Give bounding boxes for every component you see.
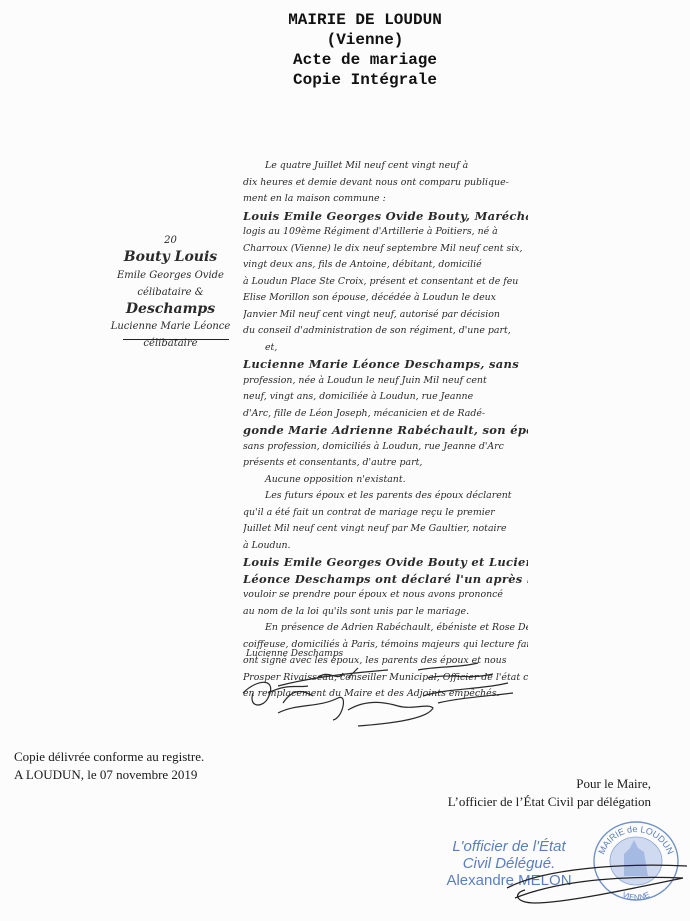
record-line: d'Arc, fille de Léon Joseph, mécanicien … [243,406,528,423]
signature-flourish [505,848,690,908]
record-line: Le quatre Juillet Mil neuf cent vingt ne… [243,158,528,175]
document-header: MAIRIE DE LOUDUN (Vienne) Acte de mariag… [0,10,690,90]
record-line: gonde Marie Adrienne Rabéchault, son épo… [243,422,528,439]
record-line: à Loudun. [243,538,528,555]
record-line: Louis Emile Georges Ovide Bouty et Lucie… [243,554,528,571]
act-type: Acte de mariage [40,50,690,70]
groom-surname: Bouty Louis [108,249,233,267]
record-line: vingt deux ans, fils de Antoine, débitan… [243,257,528,274]
record-line: sans profession, domiciliés à Loudun, ru… [243,439,528,456]
mairie-title: MAIRIE DE LOUDUN [40,10,690,30]
bride-status: célibataire [108,335,233,352]
record-line: Lucienne Marie Léonce Deschamps, sans [243,356,528,373]
record-line: logis au 109ème Régiment d'Artillerie à … [243,224,528,241]
record-line: vouloir se prendre pour époux et nous av… [243,587,528,604]
act-number: 20 [108,232,233,249]
record-line: du conseil d'administration de son régim… [243,323,528,340]
pour-le-maire: Pour le Maire, [448,775,651,793]
record-line: En présence de Adrien Rabéchault, ébénis… [243,620,528,637]
record-line: présents et consentants, d'autre part, [243,455,528,472]
record-line: Charroux (Vienne) le dix neuf septembre … [243,241,528,258]
record-line: Léonce Deschamps ont déclaré l'un après … [243,571,528,588]
department: (Vienne) [40,30,690,50]
record-line: dix heures et demie devant nous ont comp… [243,175,528,192]
record-line: profession, née à Loudun le neuf Juin Mi… [243,373,528,390]
record-line: Elise Morillon son épouse, décédée à Lou… [243,290,528,307]
officier-title: L’officier de l’État Civil par délégatio… [448,793,651,811]
margin-divider [123,339,229,340]
copy-statement: Copie délivrée conforme au registre. [14,748,204,766]
record-line: à Loudun Place Ste Croix, présent et con… [243,274,528,291]
record-line: Juillet Mil neuf cent vingt neuf par Me … [243,521,528,538]
bride-surname: Deschamps [108,301,233,318]
marriage-record-text: Le quatre Juillet Mil neuf cent vingt ne… [243,158,528,703]
record-line: et, [243,340,528,357]
record-line: ment en la maison commune : [243,191,528,208]
signatures-block: Lucienne Deschamps [238,648,538,748]
signatory-block: Pour le Maire, L’officier de l’État Civi… [448,775,651,811]
copy-type: Copie Intégrale [40,70,690,90]
record-line: Aucune opposition n'existant. [243,472,528,489]
signature-scribbles [243,663,513,726]
bride-signature: Lucienne Deschamps [245,649,343,659]
record-line: au nom de la loi qu'ils sont unis par le… [243,604,528,621]
margin-note: 20 Bouty Louis Emile Georges Ovide célib… [108,232,233,352]
record-line: neuf, vingt ans, domiciliée à Loudun, ru… [243,389,528,406]
issue-place-date: A LOUDUN, le 07 novembre 2019 [14,766,204,784]
groom-names: Emile Georges Ovide [108,267,233,284]
groom-status: célibataire & [108,284,233,301]
copy-certification: Copie délivrée conforme au registre. A L… [14,748,204,784]
bride-names: Lucienne Marie Léonce [108,318,233,335]
record-line: qu'il a été fait un contrat de mariage r… [243,505,528,522]
record-line: Janvier Mil neuf cent vingt neuf, autori… [243,307,528,324]
record-line: Louis Emile Georges Ovide Bouty, Marécha… [243,208,528,225]
record-line: Les futurs époux et les parents des épou… [243,488,528,505]
